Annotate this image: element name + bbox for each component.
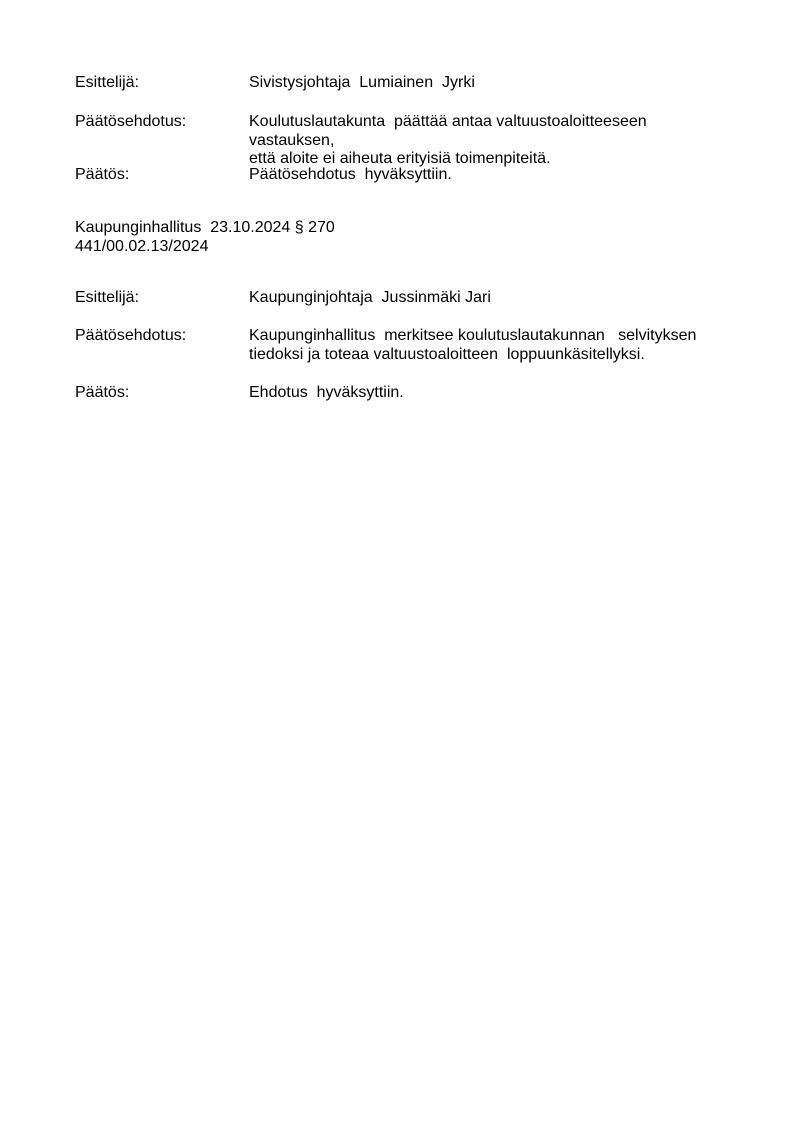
document-page: Esittelijä: Sivistysjohtaja Lumiainen Jy… <box>0 0 794 1122</box>
paatos-label: Päätös: <box>75 166 245 185</box>
esittelija-label: Esittelijä: <box>75 289 245 308</box>
paatosehdotus-value: Kaupunginhallitus merkitsee koulutuslaut… <box>249 327 739 364</box>
paatos-value: Päätösehdotus hyväksyttiin. <box>249 166 739 185</box>
committee-heading: Kaupunginhallitus 23.10.2024 § 270 <box>75 219 715 238</box>
committee-heading-block: Kaupunginhallitus 23.10.2024 § 270 441/0… <box>0 219 794 256</box>
esittelija-value: Sivistysjohtaja Lumiainen Jyrki <box>249 74 739 93</box>
case-number: 441/00.02.13/2024 <box>75 238 715 257</box>
esittelija-label: Esittelijä: <box>75 74 245 93</box>
paatos-value: Ehdotus hyväksyttiin. <box>249 384 739 403</box>
esittelija-value: Kaupunginjohtaja Jussinmäki Jari <box>249 289 739 308</box>
paatos-label: Päätös: <box>75 384 245 403</box>
paatosehdotus-label: Päätösehdotus: <box>75 113 245 132</box>
paatosehdotus-label: Päätösehdotus: <box>75 327 245 346</box>
paatosehdotus-value: Koulutuslautakunta päättää antaa valtuus… <box>249 113 739 169</box>
